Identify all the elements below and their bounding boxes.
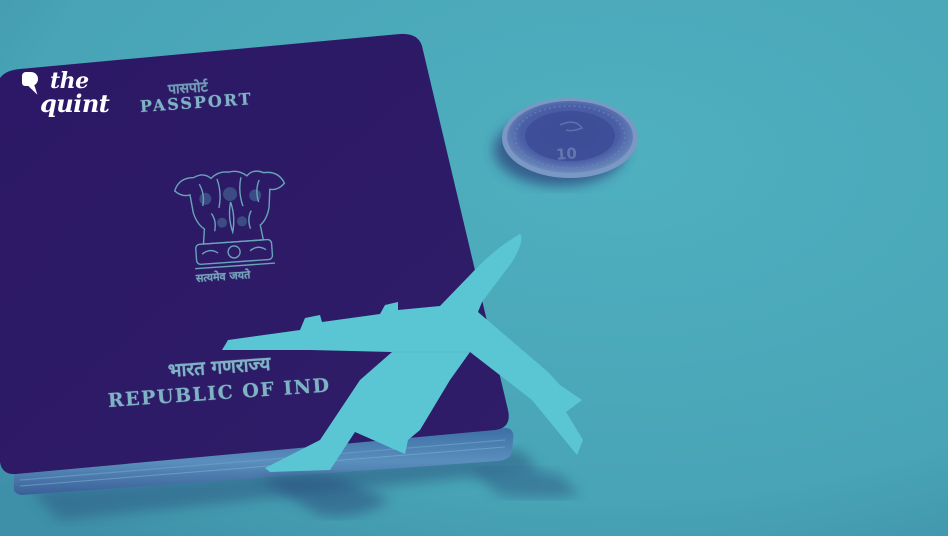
photo-scene: पासपोर्ट PASSPORT सत्यमेव जयते भारत गणरा…: [0, 0, 948, 536]
speech-bubble-icon: [22, 72, 38, 86]
the-quint-logo: the quint: [22, 70, 122, 130]
coin-icon: [502, 98, 638, 178]
photo-artwork: [0, 0, 948, 536]
logo-line-quint: quint: [40, 92, 109, 116]
coin-value: 10: [555, 144, 577, 163]
